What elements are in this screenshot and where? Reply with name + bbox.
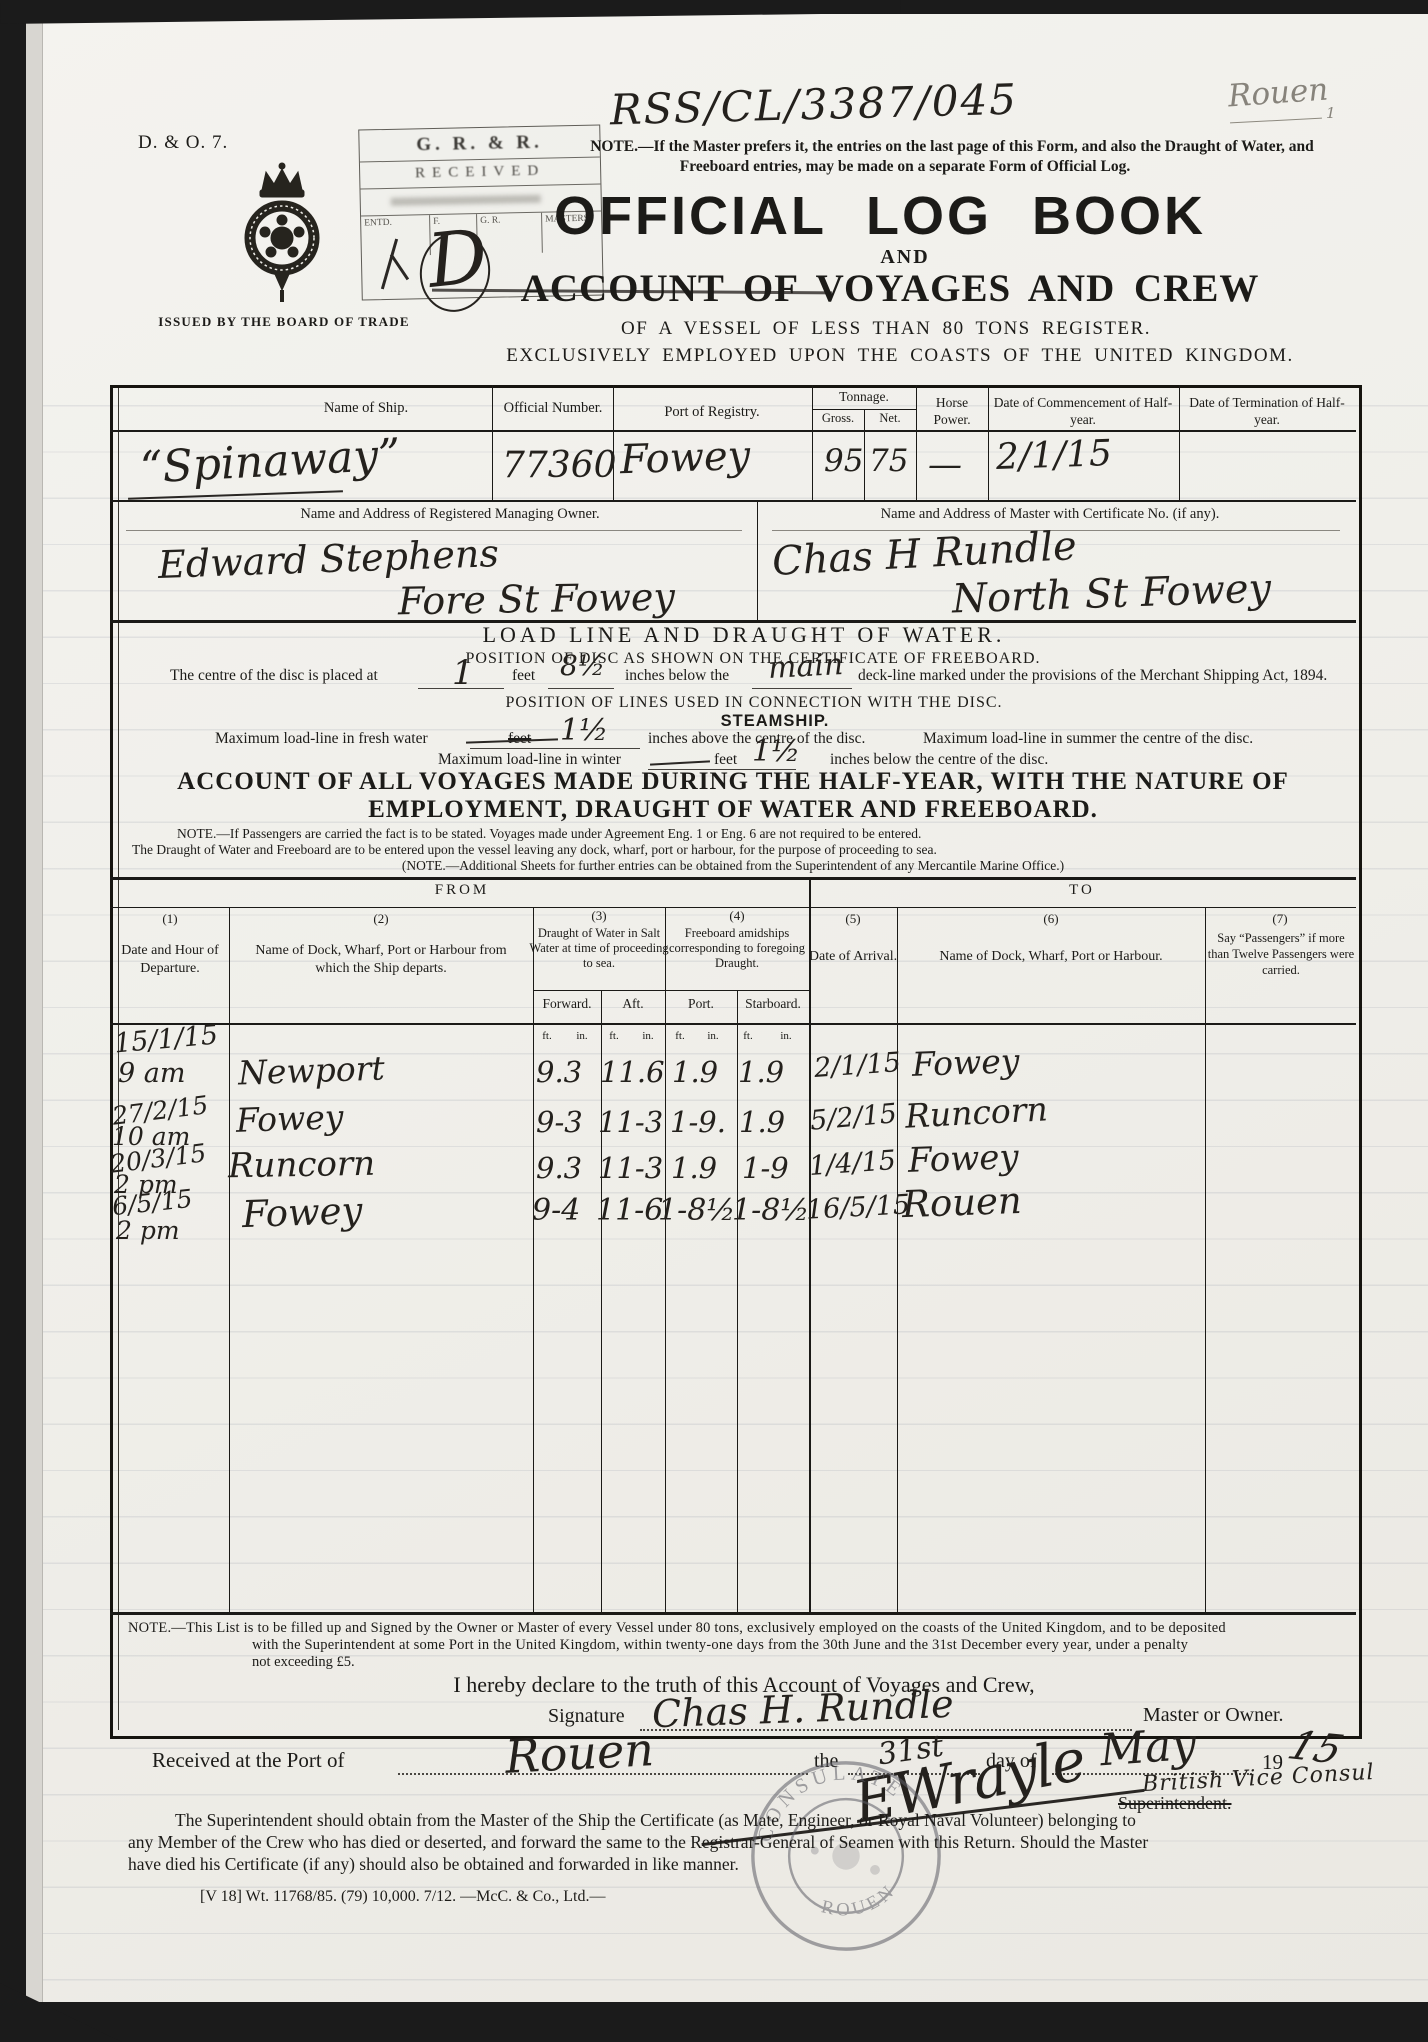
disc-heading: POSITION OF DISC AS SHOWN ON THE CERTIFI… <box>465 650 1040 668</box>
arr-date: 1/4/15 <box>808 1147 897 1180</box>
table-line <box>665 907 666 1612</box>
page-title: OFFICIAL LOG BOOK <box>554 185 1206 247</box>
col5-num: (5) <box>845 911 860 927</box>
unit-ft: ft. <box>743 1030 752 1042</box>
employ-line: EXCLUSIVELY EMPLOYED UPON THE COASTS OF … <box>506 345 1294 367</box>
col3-num: (3) <box>591 908 606 924</box>
col-name-of-ship: Name of Ship. <box>324 400 408 417</box>
col2-num: (2) <box>373 911 388 927</box>
horse-power-value: — <box>928 448 962 482</box>
col6-label: Name of Dock, Wharf, Port or Harbour. <box>901 948 1201 966</box>
scan-edge-bottom <box>0 2002 1428 2042</box>
loadline-heading: LOAD LINE AND DRAUGHT OF WATER. <box>483 622 1006 648</box>
lines-heading: POSITION OF LINES USED IN CONNECTION WIT… <box>505 694 1002 712</box>
stamp-cell-entd: ENTD. <box>361 215 431 256</box>
freeboard-starboard: 1-9 <box>742 1154 789 1183</box>
to-port: Rouen <box>901 1182 1022 1223</box>
draught-aft: 11-3 <box>598 1154 663 1183</box>
svg-text:ROUEN: ROUEN <box>815 1878 904 1928</box>
steamship-heading: STEAMSHIP. <box>721 712 830 731</box>
table-line <box>897 907 898 1612</box>
master-address-value: North St Fowey <box>951 568 1271 619</box>
unit-in: in. <box>576 1030 587 1042</box>
from-band-label: FROM <box>435 882 490 899</box>
voyages-note1: NOTE.—If Passengers are carried the fact… <box>177 826 921 842</box>
draught-forward: 9-3 <box>536 1108 583 1137</box>
table-line <box>533 907 534 1612</box>
col4-label: Freeboard amidships corresponding to for… <box>662 926 812 971</box>
sub-aft: Aft. <box>622 996 643 1012</box>
freeboard-port: 1-8½ <box>658 1196 735 1226</box>
owner-label: Name and Address of Registered Managing … <box>300 506 599 523</box>
col-gross: Gross. <box>822 411 854 426</box>
freshwater-value: 1½ <box>560 716 608 746</box>
archive-ref-number: RSS/CL/3387/045 <box>610 79 1019 132</box>
draught-aft: 11.6 <box>600 1058 665 1087</box>
closing-para-line3: have died his Certificate (if any) shoul… <box>128 1854 739 1875</box>
table-line <box>988 385 989 500</box>
table-line <box>110 430 1356 432</box>
freeboard-starboard: 1-8½ <box>732 1196 809 1226</box>
sub-starboard: Starboard. <box>745 996 801 1012</box>
corner-note-pencil: Rouen <box>1227 75 1329 113</box>
port-of-registry-value: Fowey <box>619 436 750 481</box>
form-code: D. & O. 7. <box>138 132 228 154</box>
closing-para-line1: The Superintendent should obtain from th… <box>175 1810 1136 1831</box>
table-line <box>110 1023 1356 1025</box>
gross-tonnage-value: 95 <box>824 446 863 477</box>
draught-forward: 9-4 <box>532 1196 580 1226</box>
stamp-office-line: G. R. & R. <box>359 131 599 158</box>
top-note-line2: Freeboard entries, may be made on a sepa… <box>680 158 1130 176</box>
net-tonnage-value: 75 <box>869 446 908 477</box>
col2-label: Name of Dock, Wharf, Port or Harbour fro… <box>246 942 516 978</box>
master-signature: Chas H. Rundle <box>651 1685 954 1734</box>
from-port: Runcorn <box>228 1147 376 1184</box>
ship-name-value: “Spinaway” <box>139 433 402 491</box>
col5-label: Date of Arrival. <box>808 948 898 966</box>
table-line <box>864 409 865 500</box>
freshwater-pre: Maximum load-line in fresh water <box>215 730 428 748</box>
scanned-log-book-page: RSS/CL/3387/045 Rouen 1 D. & O. 7. G. R.… <box>0 0 1428 2042</box>
arr-date: 2/1/15 <box>813 1049 902 1082</box>
commencement-value: 2/1/15 <box>995 436 1112 476</box>
from-port: Newport <box>237 1051 385 1089</box>
table-line <box>492 385 493 500</box>
voyages-note2: The Draught of Water and Freeboard are t… <box>132 842 937 858</box>
freeboard-starboard: 1.9 <box>739 1108 785 1137</box>
col7-label: Say “Passengers” if more than Twelve Pas… <box>1207 930 1355 978</box>
deck-value: main <box>767 650 844 684</box>
owner-name-value: Edward Stephens <box>157 534 499 584</box>
table-line <box>757 500 758 620</box>
arr-date: 16/5/15 <box>805 1191 910 1223</box>
dep-hour: 9 am <box>118 1060 185 1087</box>
winter-pre: Maximum load-line in winter <box>438 751 621 769</box>
board-of-trade-crest <box>242 160 322 306</box>
sub-port: Port. <box>688 996 714 1012</box>
stamp-cell-gr: G. R. <box>477 213 543 254</box>
rule-line <box>126 530 742 531</box>
to-port: Fowey <box>907 1140 1019 1178</box>
from-port: Fowey <box>241 1192 363 1233</box>
closing-para-line2: any Member of the Crew who has died or d… <box>128 1832 1148 1853</box>
table-line <box>110 877 1356 880</box>
blank-line <box>548 688 614 689</box>
table-line <box>229 907 230 1612</box>
unit-ft: ft. <box>609 1030 618 1042</box>
unit-in: in. <box>707 1030 718 1042</box>
table-line <box>110 500 1356 502</box>
corner-note-sub: 1 <box>1326 106 1336 121</box>
dep-hour: 2 pm <box>116 1218 180 1243</box>
unit-in: in. <box>642 1030 653 1042</box>
owner-address-value: Fore St Fowey <box>398 578 676 621</box>
col-official-number: Official Number. <box>504 400 603 417</box>
pencil-underline <box>1230 118 1322 124</box>
table-line <box>1205 907 1206 1612</box>
vessel-line: OF A VESSEL OF LESS THAN 80 TONS REGISTE… <box>621 318 1151 340</box>
consulate-stamp: CONSULATE ROUEN <box>730 1740 962 1972</box>
col3-label: Draught of Water in Salt Water at time o… <box>529 926 669 971</box>
top-note-line1: NOTE.—If the Master prefers it, the entr… <box>590 138 1314 156</box>
received-pre: Received at the Port of <box>152 1748 344 1773</box>
draught-forward: 9.3 <box>536 1154 582 1183</box>
col6-num: (6) <box>1043 911 1058 927</box>
to-port: Fowey <box>911 1044 1019 1081</box>
bottom-note-line2: with the Superintendent at some Port in … <box>252 1637 1188 1654</box>
scan-edge-top2 <box>0 0 900 24</box>
col-port-of-registry: Port of Registry. <box>664 404 759 421</box>
draught-aft: 11-6 <box>596 1196 663 1226</box>
freeboard-port: 1.9 <box>672 1058 718 1087</box>
draught-aft: 11-3 <box>598 1108 663 1137</box>
col1-label: Date and Hour of Departure. <box>115 942 225 978</box>
winter-feet-word: feet <box>714 751 737 769</box>
page-subtitle: ACCOUNT OF VOYAGES AND CREW <box>521 266 1260 311</box>
voyages-heading-line2: EMPLOYMENT, DRAUGHT OF WATER AND FREEBOA… <box>368 796 1098 824</box>
centre-inches-value: 8½ <box>560 652 605 680</box>
table-line <box>812 385 813 500</box>
bottom-note-line1: NOTE.—This List is to be filled up and S… <box>128 1620 1226 1637</box>
to-port: Runcorn <box>904 1092 1048 1132</box>
master-label: Name and Address of Master with Certific… <box>881 506 1220 523</box>
scan-edge-left <box>0 0 26 2042</box>
table-line <box>110 1612 1356 1615</box>
under-page-edge <box>26 18 43 2008</box>
col-commencement: Date of Commencement of Half-year. <box>993 394 1173 428</box>
col7-num: (7) <box>1272 911 1287 927</box>
col-tonnage: Tonnage. <box>839 389 889 405</box>
col-horse-power: Horse Power. <box>917 394 987 428</box>
sub-forward: Forward. <box>542 996 591 1012</box>
table-line <box>1179 385 1180 500</box>
col4-num: (4) <box>729 908 744 924</box>
summer-line: Maximum load-line in summer the centre o… <box>923 730 1253 748</box>
freeboard-port: 1.9 <box>671 1154 717 1183</box>
stamp-arc-bottom-text: ROUEN <box>815 1878 904 1928</box>
col-termination: Date of Termination of Half-year. <box>1182 394 1352 428</box>
col1-num: (1) <box>162 911 177 927</box>
centre-feet-value: 1 <box>452 656 474 690</box>
centre-sentence-pre: The centre of the disc is placed at <box>170 667 378 685</box>
freeboard-starboard: 1.9 <box>738 1058 784 1087</box>
blank-line <box>470 748 640 749</box>
draught-forward: 9.3 <box>536 1058 582 1087</box>
winter-value: 1½ <box>752 737 800 767</box>
received-month-value: May <box>1099 1723 1198 1774</box>
freeboard-port: 1-9. <box>670 1108 726 1137</box>
official-number-value: 77360 <box>502 448 617 484</box>
voyages-heading-line1: ACCOUNT OF ALL VOYAGES MADE DURING THE H… <box>177 768 1289 796</box>
feet-word: feet <box>512 667 535 685</box>
arr-date: 5/2/15 <box>809 1100 898 1134</box>
received-port-value: Rouen <box>504 1726 655 1780</box>
from-port: Fowey <box>235 1100 343 1137</box>
winter-post: inches below the centre of the disc. <box>830 751 1048 769</box>
unit-ft: ft. <box>542 1030 551 1042</box>
centre-sentence-mid: inches below the <box>625 667 729 685</box>
bottom-note-line3: not exceeding £5. <box>252 1654 355 1671</box>
col-net: Net. <box>879 411 900 426</box>
to-band-label: TO <box>1069 882 1095 899</box>
unit-ft: ft. <box>675 1030 684 1042</box>
voyages-note3: (NOTE.—Additional Sheets for further ent… <box>402 858 1064 874</box>
printer-imprint: [V 18] Wt. 11768/85. (79) 10,000. 7/12. … <box>200 1888 605 1906</box>
centre-sentence-post: deck-line marked under the provisions of… <box>858 667 1327 685</box>
table-line <box>809 877 811 1612</box>
blank-line <box>752 688 852 689</box>
table-line <box>533 990 809 991</box>
unit-in: in. <box>780 1030 791 1042</box>
stamp-received-label: RECEIVED <box>360 161 600 183</box>
